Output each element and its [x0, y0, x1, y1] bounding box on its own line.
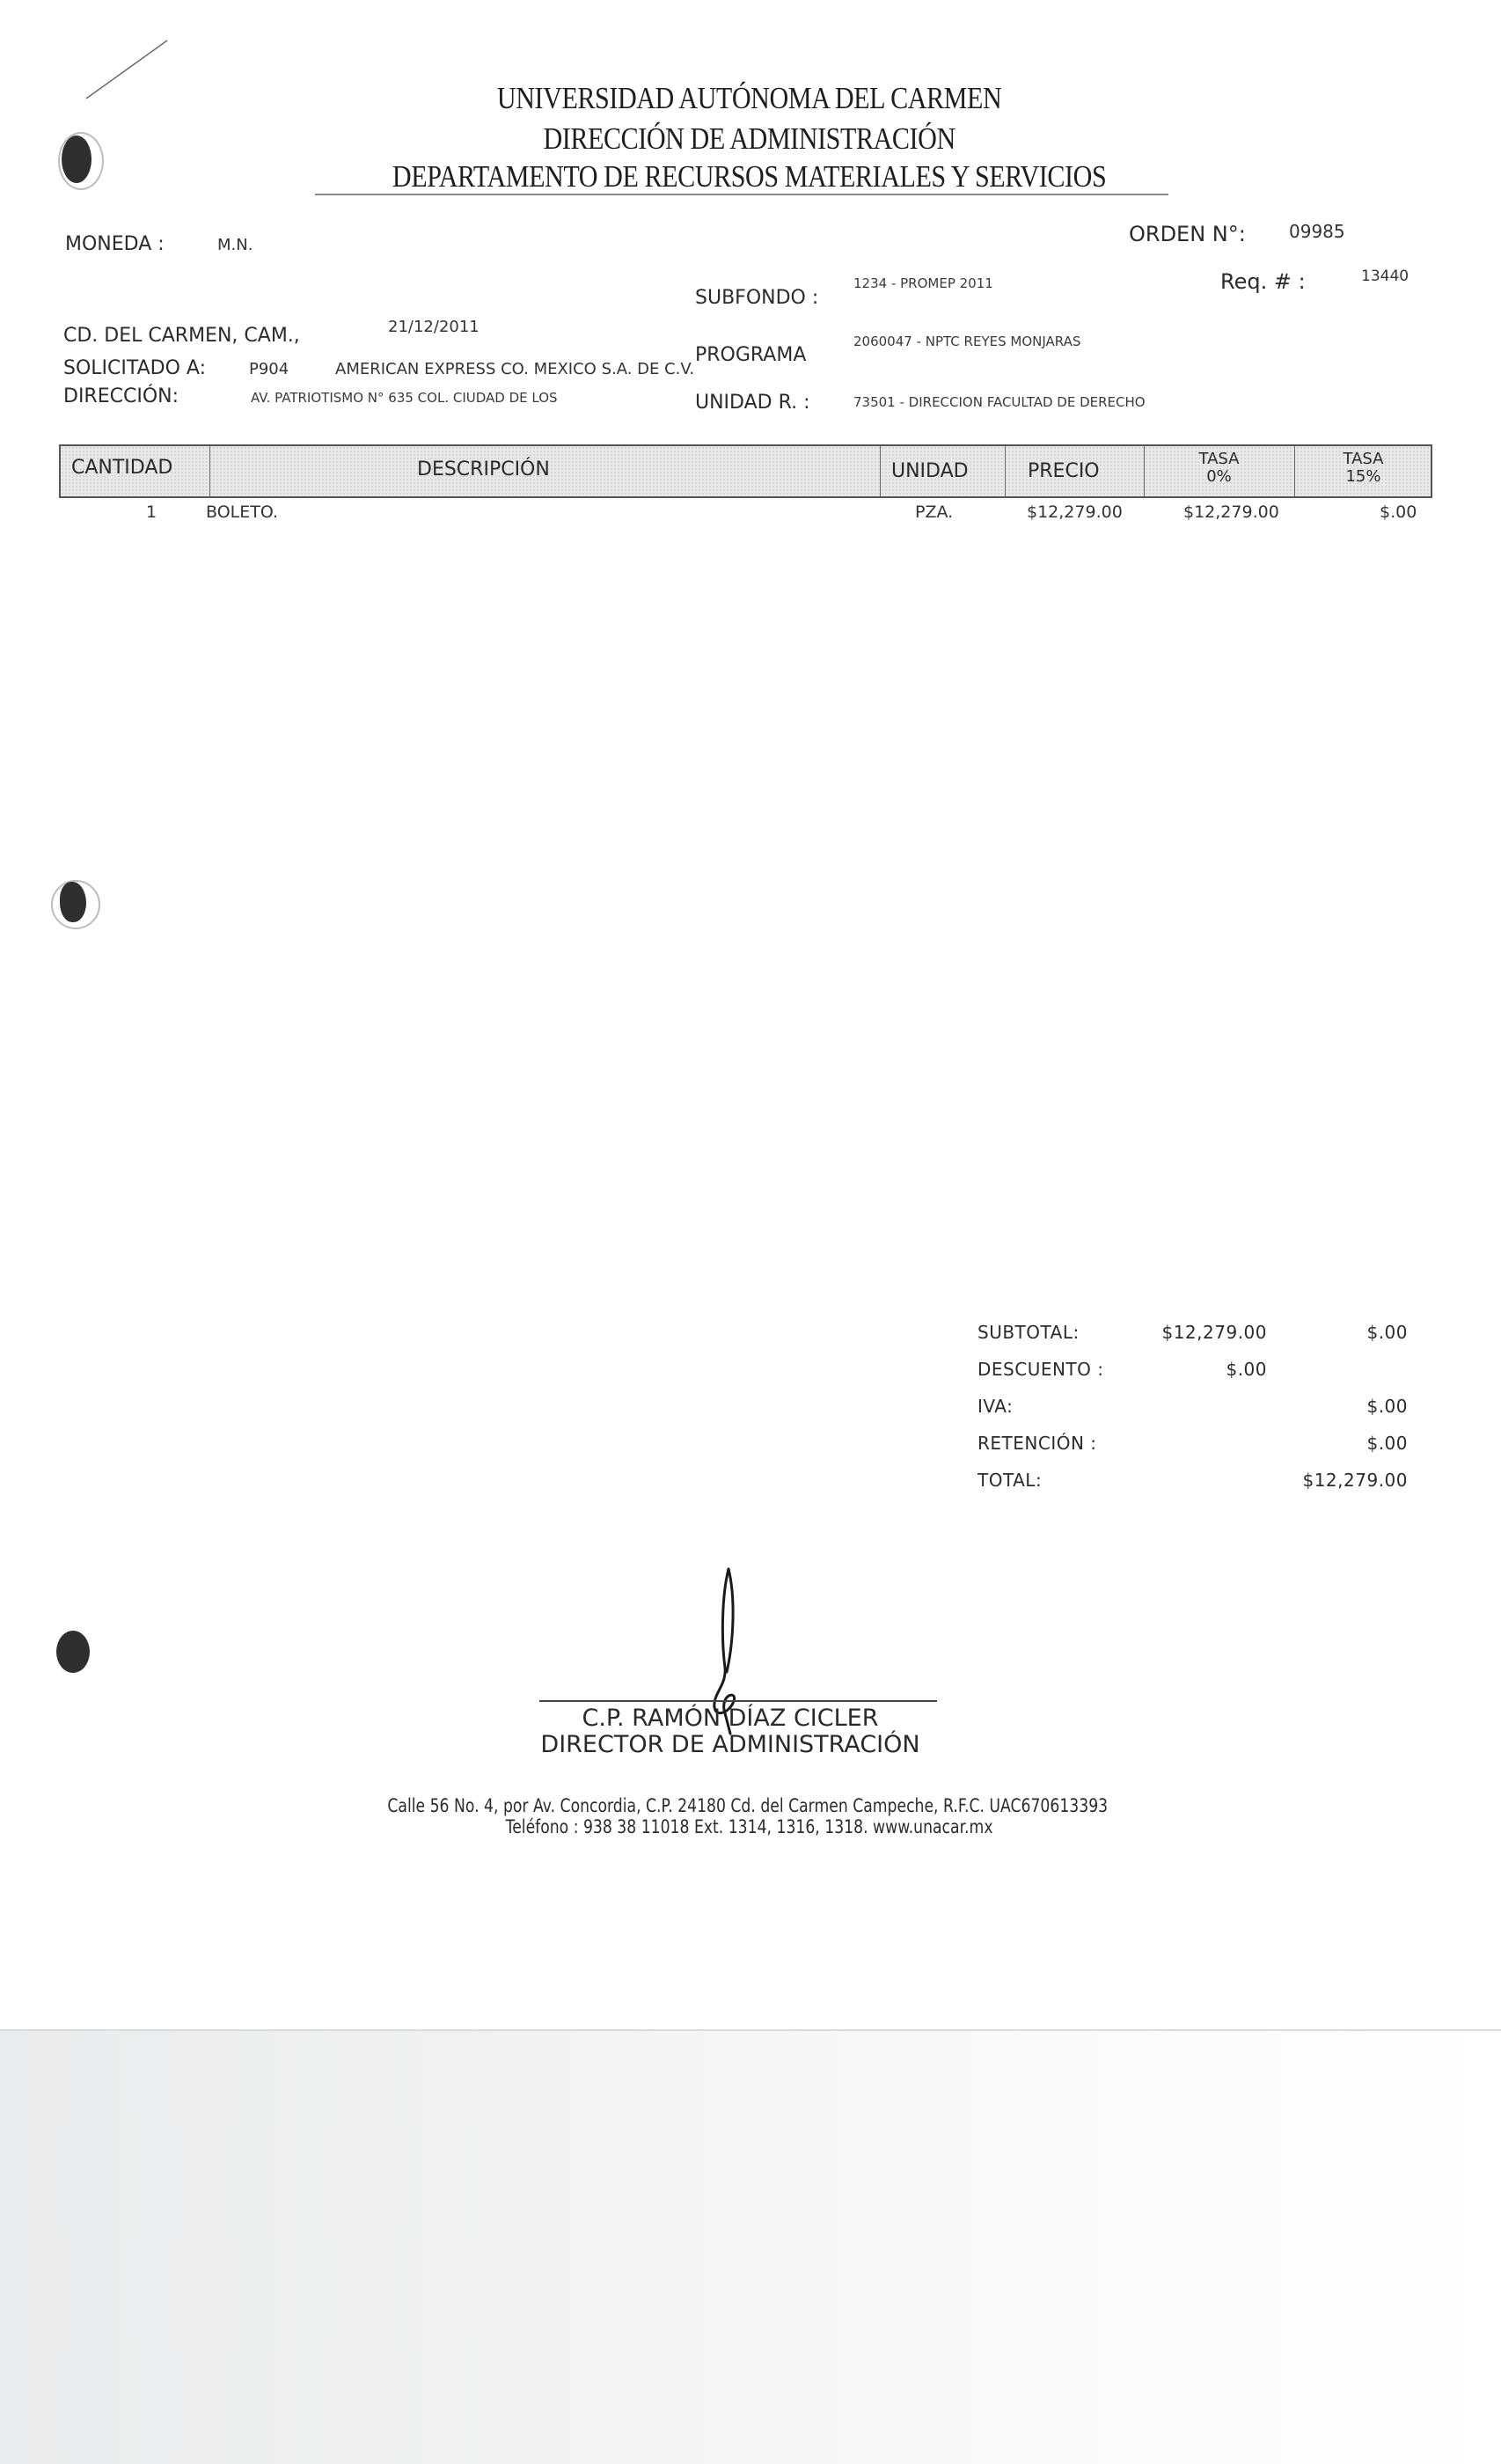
direccion-value: AV. PATRIOTISMO N° 635 COL. CIUDAD DE LO…	[251, 390, 558, 406]
footer-address: Calle 56 No. 4, por Av. Concordia, C.P. …	[132, 1795, 1363, 1816]
unidad-value: 73501 - DIRECCION FACULTAD DE DERECHO	[853, 394, 1146, 410]
total-label: TOTAL:	[977, 1470, 1042, 1491]
orden-label: ORDEN N°:	[1129, 222, 1246, 246]
moneda-label: MONEDA :	[65, 233, 165, 255]
row-unidad: PZA.	[915, 502, 953, 522]
city-label: CD. DEL CARMEN, CAM.,	[63, 325, 300, 347]
retencion-value: $.00	[1276, 1433, 1408, 1454]
col-header-tasa-0: TASA 0%	[1144, 451, 1294, 486]
col-header-cantidad: CANTIDAD	[71, 457, 172, 479]
subtotal-tasa-15: $.00	[1276, 1322, 1408, 1343]
tasa-15-rate: 15%	[1294, 468, 1432, 486]
row-precio: $12,279.00	[1027, 502, 1123, 522]
programa-label: PROGRAMA	[695, 344, 806, 366]
descuento-label: DESCUENTO :	[977, 1359, 1104, 1380]
direccion-label: DIRECCIÓN:	[63, 385, 179, 407]
department-name: DEPARTAMENTO DE RECURSOS MATERIALES Y SE…	[104, 159, 1395, 194]
row-descripcion: BOLETO.	[206, 502, 278, 522]
solicitado-label: SOLICITADO A:	[63, 357, 206, 379]
moneda-value: M.N.	[217, 236, 253, 254]
tasa-0-label: TASA	[1144, 451, 1294, 468]
supplier-code: P904	[249, 360, 289, 378]
header-divider	[315, 194, 1168, 195]
req-number: 13440	[1361, 268, 1409, 285]
direction-name: DIRECCIÓN DE ADMINISTRACIÓN	[104, 121, 1395, 157]
row-cantidad: 1	[146, 502, 157, 522]
descuento-value: $.00	[1091, 1359, 1267, 1380]
subtotal-tasa-0: $12,279.00	[1091, 1322, 1267, 1343]
subfondo-value: 1234 - PROMEP 2011	[853, 275, 993, 291]
col-header-descripcion: DESCRIPCIÓN	[417, 458, 550, 480]
col-header-unidad: UNIDAD	[891, 460, 969, 482]
signer-title: DIRECTOR DE ADMINISTRACIÓN	[493, 1731, 968, 1758]
iva-value: $.00	[1276, 1396, 1408, 1417]
col-header-tasa-15: TASA 15%	[1294, 451, 1432, 486]
iva-label: IVA:	[977, 1396, 1013, 1417]
orden-number: 09985	[1289, 221, 1345, 242]
row-tasa-0: $12,279.00	[1183, 502, 1279, 522]
row-tasa-15: $.00	[1380, 502, 1417, 522]
footer-contact: Teléfono : 938 38 11018 Ext. 1314, 1316,…	[134, 1816, 1365, 1837]
scanner-background	[0, 2029, 1501, 2464]
supplier-name: AMERICAN EXPRESS CO. MEXICO S.A. DE C.V.	[335, 360, 694, 378]
signature-line	[539, 1700, 937, 1702]
total-value: $12,279.00	[1232, 1470, 1408, 1491]
programa-value: 2060047 - NPTC REYES MONJARAS	[853, 334, 1080, 349]
university-name: UNIVERSIDAD AUTÓNOMA DEL CARMEN	[104, 81, 1395, 116]
col-header-precio: PRECIO	[1028, 460, 1100, 482]
order-date: 21/12/2011	[388, 318, 480, 336]
req-label: Req. # :	[1220, 269, 1306, 294]
subfondo-label: SUBFONDO :	[695, 287, 818, 309]
retencion-label: RETENCIÓN :	[977, 1433, 1097, 1454]
signer-name: C.P. RAMÓN DÍAZ CICLER	[493, 1705, 968, 1732]
tasa-0-rate: 0%	[1144, 468, 1294, 486]
unidad-label: UNIDAD R. :	[695, 392, 810, 414]
subtotal-label: SUBTOTAL:	[977, 1322, 1080, 1343]
tasa-15-label: TASA	[1294, 451, 1432, 468]
